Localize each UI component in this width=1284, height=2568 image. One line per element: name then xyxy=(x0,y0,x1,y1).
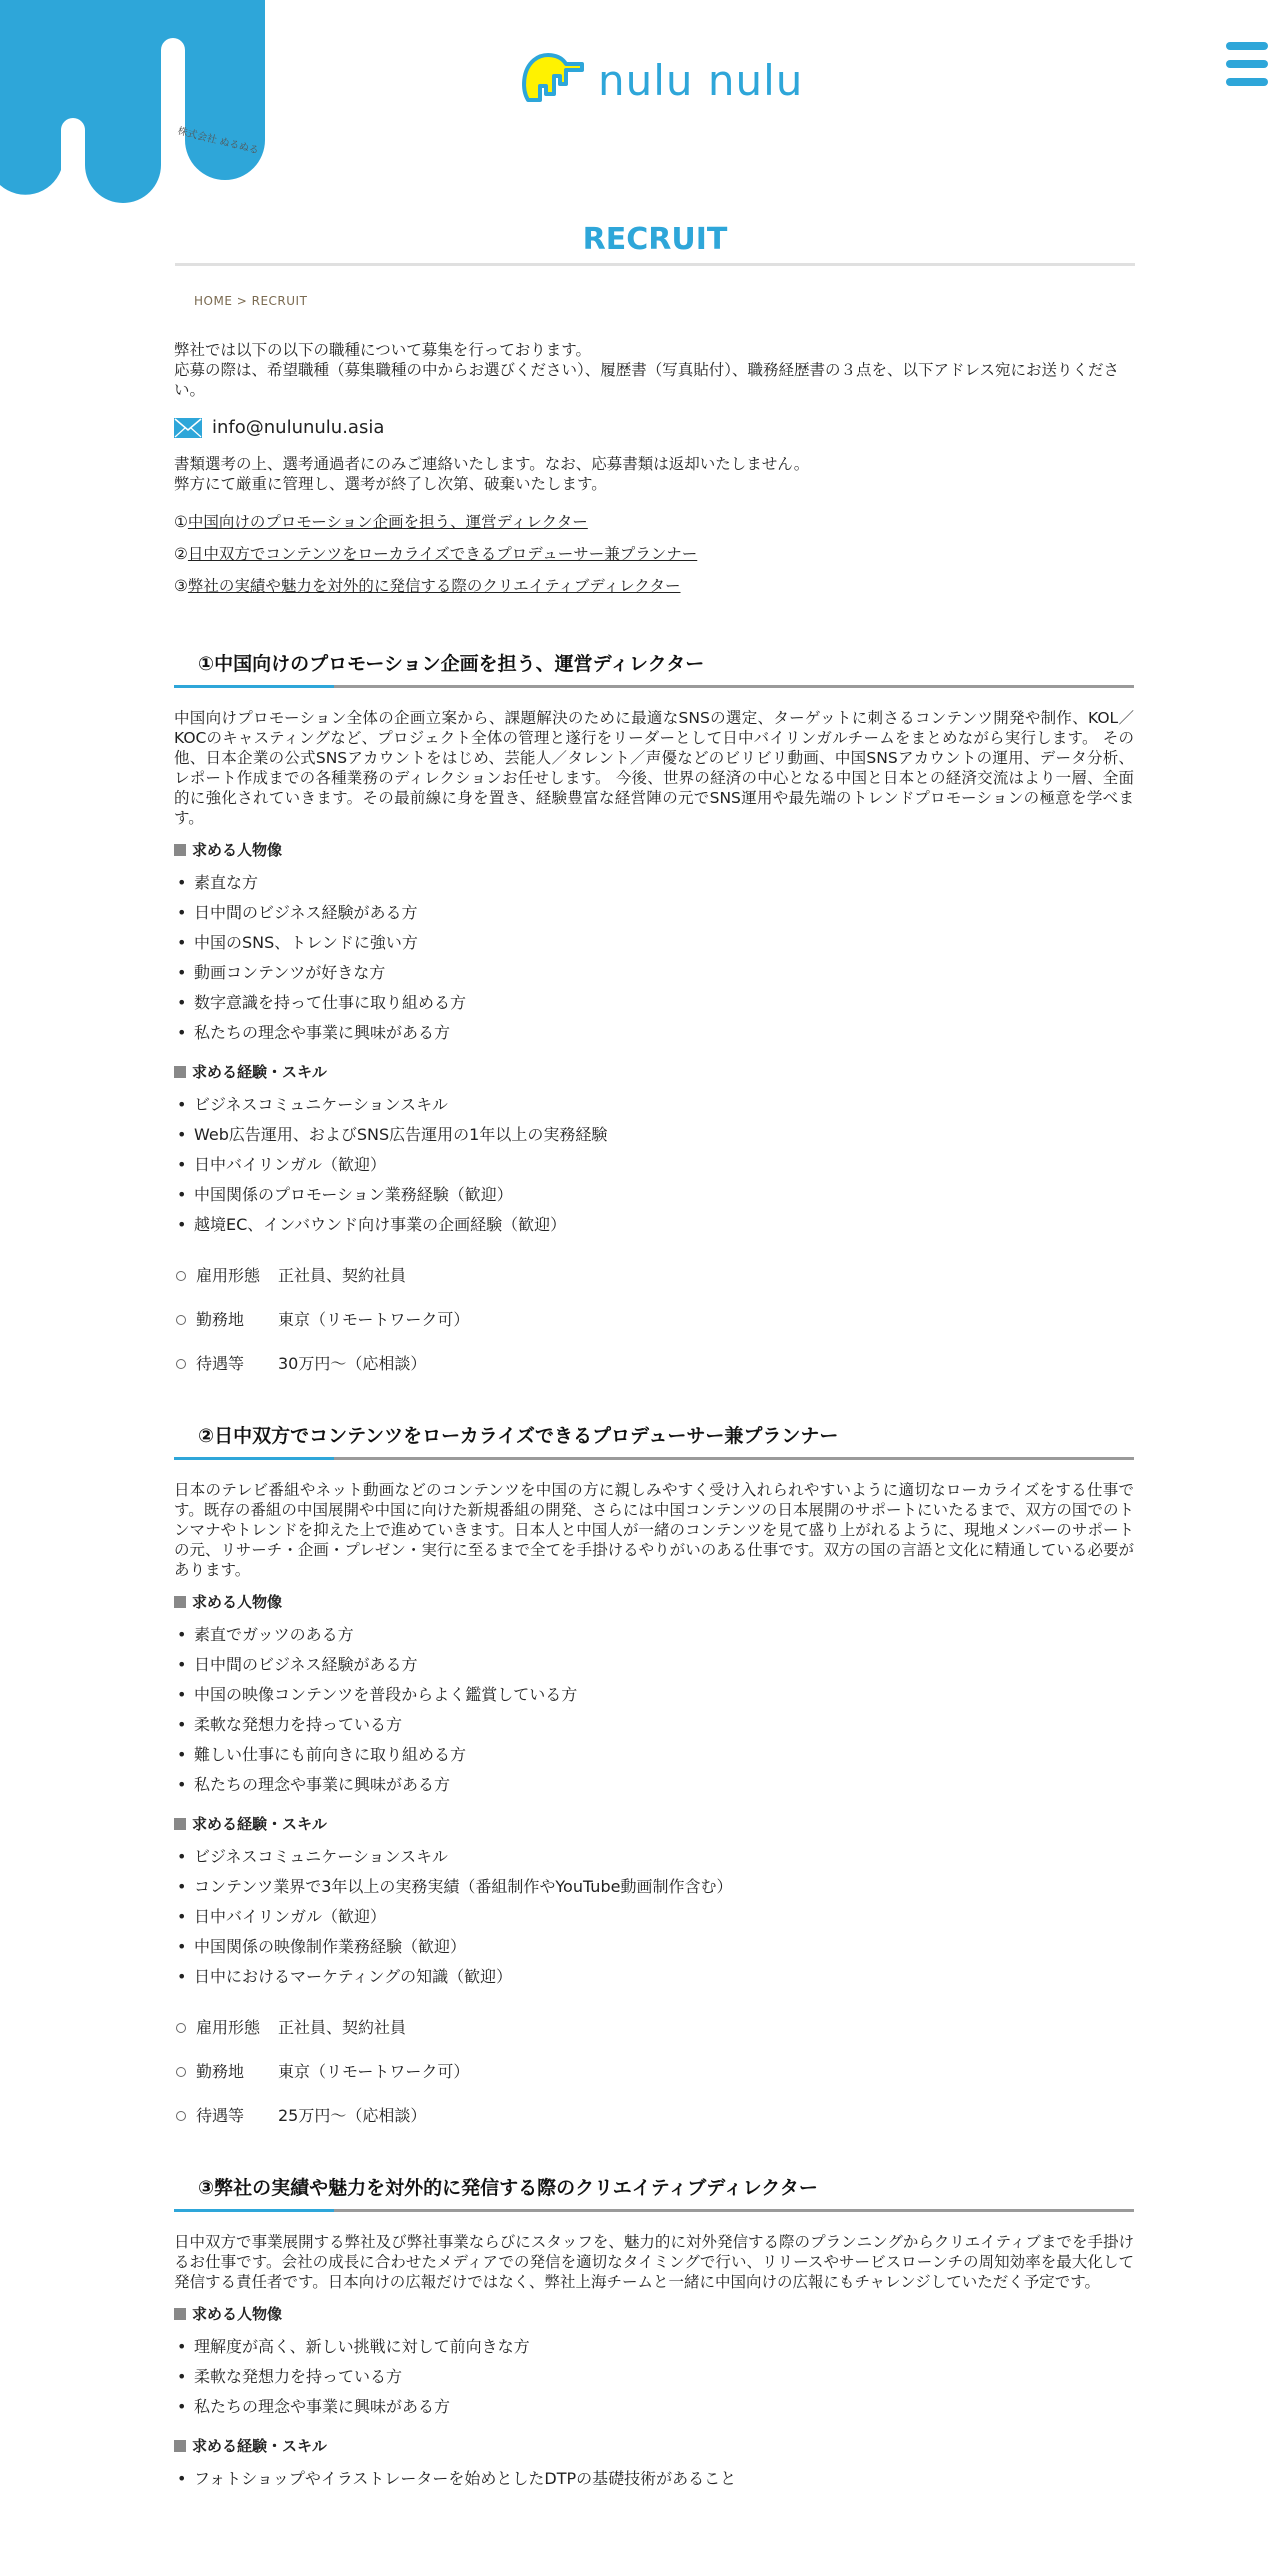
breadcrumb-current: RECRUIT xyxy=(252,294,308,308)
square-bullet-icon xyxy=(174,844,186,856)
menu-bar xyxy=(1226,78,1268,86)
skills-heading-label: 求める経験・スキル xyxy=(192,1814,327,1834)
corner-logo-blob xyxy=(0,0,280,210)
elephant-logo-icon xyxy=(520,50,590,106)
persona-heading-label: 求める人物像 xyxy=(192,1592,282,1612)
list-item: 越境EC、インバウンド向け事業の企画経験（歓迎） xyxy=(174,1210,1134,1240)
job-link-3[interactable]: 弊社の実績や魅力を対外的に発信する際のクリエイティブディレクター xyxy=(188,577,681,595)
job-terms: 雇用形態正社員、契約社員 勤務地東京（リモートワーク可） 待遇等25万円〜（応相… xyxy=(174,2006,1134,2138)
list-item: 中国の映像コンテンツを普段からよく鑑賞している方 xyxy=(174,1680,1134,1710)
menu-bar xyxy=(1226,60,1268,68)
list-item: 日中におけるマーケティングの知識（歓迎） xyxy=(174,1962,1134,1992)
term-salary: 待遇等30万円〜（応相談） xyxy=(174,1342,1134,1386)
term-label: 雇用形態 xyxy=(196,2018,278,2038)
job-link-item: ③弊社の実績や魅力を対外的に発信する際のクリエイティブディレクター xyxy=(174,576,1134,596)
circle-bullet-icon xyxy=(176,1359,186,1369)
square-bullet-icon xyxy=(174,2308,186,2320)
job-section-3: ③弊社の実績や魅力を対外的に発信する際のクリエイティブディレクター 日中双方で事… xyxy=(174,2178,1134,2494)
list-item: 中国関係の映像制作業務経験（歓迎） xyxy=(174,1932,1134,1962)
breadcrumb-separator: > xyxy=(237,294,248,308)
job-section-1: ①中国向けのプロモーション企画を担う、運営ディレクター 中国向けプロモーション全… xyxy=(174,654,1134,1386)
breadcrumb-home-link[interactable]: HOME xyxy=(194,294,232,308)
term-label: 勤務地 xyxy=(196,1310,278,1330)
skills-heading: 求める経験・スキル xyxy=(174,2436,1134,2456)
skills-list: フォトショップやイラストレーターを始めとしたDTPの基礎技術があること xyxy=(174,2464,1134,2494)
job-link-number: ② xyxy=(174,545,188,563)
circle-bullet-icon xyxy=(176,2023,186,2033)
list-item: 難しい仕事にも前向きに取り組める方 xyxy=(174,1740,1134,1770)
term-salary: 待遇等25万円〜（応相談） xyxy=(174,2094,1134,2138)
list-item: 日中間のビジネス経験がある方 xyxy=(174,1650,1134,1680)
square-bullet-icon xyxy=(174,1818,186,1830)
menu-bar xyxy=(1226,42,1268,50)
notice-line: 弊方にて厳重に管理し、選考が終了し次第、破棄いたします。 xyxy=(174,474,1134,494)
intro-line: 応募の際は、希望職種（募集職種の中からお選びください）、履歴書（写真貼付）、職務… xyxy=(174,360,1134,400)
job-heading: ③弊社の実績や魅力を対外的に発信する際のクリエイティブディレクター xyxy=(174,2178,1134,2212)
square-bullet-icon xyxy=(174,1066,186,1078)
job-heading: ①中国向けのプロモーション企画を担う、運営ディレクター xyxy=(174,654,1134,688)
term-employment-type: 雇用形態正社員、契約社員 xyxy=(174,1254,1134,1298)
skills-heading: 求める経験・スキル xyxy=(174,1062,1134,1082)
intro-line: 弊社では以下の以下の職種について募集を行っております。 xyxy=(174,340,1134,360)
list-item: フォトショップやイラストレーターを始めとしたDTPの基礎技術があること xyxy=(174,2464,1134,2494)
list-item: 柔軟な発想力を持っている方 xyxy=(174,1710,1134,1740)
term-employment-type: 雇用形態正社員、契約社員 xyxy=(174,2006,1134,2050)
square-bullet-icon xyxy=(174,2440,186,2452)
list-item: 私たちの理念や事業に興味がある方 xyxy=(174,2392,1134,2422)
list-item: 日中間のビジネス経験がある方 xyxy=(174,898,1134,928)
list-item: 私たちの理念や事業に興味がある方 xyxy=(174,1770,1134,1800)
list-item: 動画コンテンツが好きな方 xyxy=(174,958,1134,988)
job-description: 日本のテレビ番組やネット動画などのコンテンツを中国の方に親しみやすく受け入れられ… xyxy=(174,1480,1134,1580)
term-value: 東京（リモートワーク可） xyxy=(278,1310,469,1330)
job-link-item: ①中国向けのプロモーション企画を担う、運営ディレクター xyxy=(174,512,1134,532)
circle-bullet-icon xyxy=(176,2067,186,2077)
list-item: 素直な方 xyxy=(174,868,1134,898)
term-value: 正社員、契約社員 xyxy=(278,2018,406,2038)
square-bullet-icon xyxy=(174,1596,186,1608)
persona-heading: 求める人物像 xyxy=(174,840,1134,860)
term-label: 待遇等 xyxy=(196,1354,278,1374)
job-section-2: ②日中双方でコンテンツをローカライズできるプロデューサー兼プランナー 日本のテレ… xyxy=(174,1426,1134,2138)
list-item: 素直でガッツのある方 xyxy=(174,1620,1134,1650)
list-item: ビジネスコミュニケーションスキル xyxy=(174,1842,1134,1872)
skills-heading: 求める経験・スキル xyxy=(174,1814,1134,1834)
circle-bullet-icon xyxy=(176,1315,186,1325)
job-link-list: ①中国向けのプロモーション企画を担う、運営ディレクター ②日中双方でコンテンツを… xyxy=(174,512,1134,596)
skills-heading-label: 求める経験・スキル xyxy=(192,1062,327,1082)
list-item: 柔軟な発想力を持っている方 xyxy=(174,2362,1134,2392)
list-item: 日中バイリンガル（歓迎） xyxy=(174,1902,1134,1932)
email-contact: info@nulunulu.asia xyxy=(174,418,1134,438)
persona-list: 理解度が高く、新しい挑戦に対して前向きな方 柔軟な発想力を持っている方 私たちの… xyxy=(174,2332,1134,2422)
persona-heading-label: 求める人物像 xyxy=(192,840,282,860)
list-item: 私たちの理念や事業に興味がある方 xyxy=(174,1018,1134,1048)
list-item: コンテンツ業界で3年以上の実務実績（番組制作やYouTube動画制作含む） xyxy=(174,1872,1134,1902)
term-label: 待遇等 xyxy=(196,2106,278,2126)
list-item: 理解度が高く、新しい挑戦に対して前向きな方 xyxy=(174,2332,1134,2362)
job-link-1[interactable]: 中国向けのプロモーション企画を担う、運営ディレクター xyxy=(188,513,588,531)
main-content: 弊社では以下の以下の職種について募集を行っております。 応募の際は、希望職種（募… xyxy=(174,340,1134,2534)
job-heading: ②日中双方でコンテンツをローカライズできるプロデューサー兼プランナー xyxy=(174,1426,1134,1460)
skills-list: ビジネスコミュニケーションスキル Web広告運用、およびSNS広告運用の1年以上… xyxy=(174,1090,1134,1240)
hamburger-menu-icon[interactable] xyxy=(1226,40,1268,88)
persona-list: 素直な方 日中間のビジネス経験がある方 中国のSNS、トレンドに強い方 動画コン… xyxy=(174,868,1134,1048)
job-link-number: ③ xyxy=(174,577,188,595)
job-description: 日中双方で事業展開する弊社及び弊社事業ならびにスタッフを、魅力的に対外発信する際… xyxy=(174,2232,1134,2292)
term-location: 勤務地東京（リモートワーク可） xyxy=(174,2050,1134,2094)
term-value: 東京（リモートワーク可） xyxy=(278,2062,469,2082)
email-link[interactable]: info@nulunulu.asia xyxy=(212,418,384,438)
term-label: 雇用形態 xyxy=(196,1266,278,1286)
job-terms: 雇用形態正社員、契約社員 勤務地東京（リモートワーク可） 待遇等30万円〜（応相… xyxy=(174,1254,1134,1386)
list-item: 数字意識を持って仕事に取り組める方 xyxy=(174,988,1134,1018)
brand-logo[interactable]: nulu nulu xyxy=(520,48,803,108)
job-link-2[interactable]: 日中双方でコンテンツをローカライズできるプロデューサー兼プランナー xyxy=(188,545,697,563)
persona-list: 素直でガッツのある方 日中間のビジネス経験がある方 中国の映像コンテンツを普段か… xyxy=(174,1620,1134,1800)
notice-line: 書類選考の上、選考通過者にのみご連絡いたします。なお、応募書類は返却いたしません… xyxy=(174,454,1134,474)
list-item: Web広告運用、およびSNS広告運用の1年以上の実務経験 xyxy=(174,1120,1134,1150)
persona-heading-label: 求める人物像 xyxy=(192,2304,282,2324)
envelope-icon xyxy=(174,418,202,438)
list-item: 日中バイリンガル（歓迎） xyxy=(174,1150,1134,1180)
list-item: 中国のSNS、トレンドに強い方 xyxy=(174,928,1134,958)
notice-text: 書類選考の上、選考通過者にのみご連絡いたします。なお、応募書類は返却いたしません… xyxy=(174,454,1134,494)
term-label: 勤務地 xyxy=(196,2062,278,2082)
job-description: 中国向けプロモーション全体の企画立案から、課題解決のために最適なSNSの選定、タ… xyxy=(174,708,1134,828)
circle-bullet-icon xyxy=(176,1271,186,1281)
term-value: 30万円〜（応相談） xyxy=(278,1354,426,1374)
job-link-number: ① xyxy=(174,513,188,531)
page-title: RECRUIT xyxy=(175,222,1135,257)
term-location: 勤務地東京（リモートワーク可） xyxy=(174,1298,1134,1342)
skills-heading-label: 求める経験・スキル xyxy=(192,2436,327,2456)
intro-text: 弊社では以下の以下の職種について募集を行っております。 応募の際は、希望職種（募… xyxy=(174,340,1134,400)
title-divider xyxy=(175,263,1135,266)
brand-name: nulu nulu xyxy=(598,60,803,102)
circle-bullet-icon xyxy=(176,2111,186,2121)
persona-heading: 求める人物像 xyxy=(174,1592,1134,1612)
skills-list: ビジネスコミュニケーションスキル コンテンツ業界で3年以上の実務実績（番組制作や… xyxy=(174,1842,1134,1992)
breadcrumb: HOME > RECRUIT xyxy=(194,294,307,308)
job-link-item: ②日中双方でコンテンツをローカライズできるプロデューサー兼プランナー xyxy=(174,544,1134,564)
list-item: ビジネスコミュニケーションスキル xyxy=(174,1090,1134,1120)
persona-heading: 求める人物像 xyxy=(174,2304,1134,2324)
list-item: 中国関係のプロモーション業務経験（歓迎） xyxy=(174,1180,1134,1210)
term-value: 正社員、契約社員 xyxy=(278,1266,406,1286)
term-value: 25万円〜（応相談） xyxy=(278,2106,426,2126)
